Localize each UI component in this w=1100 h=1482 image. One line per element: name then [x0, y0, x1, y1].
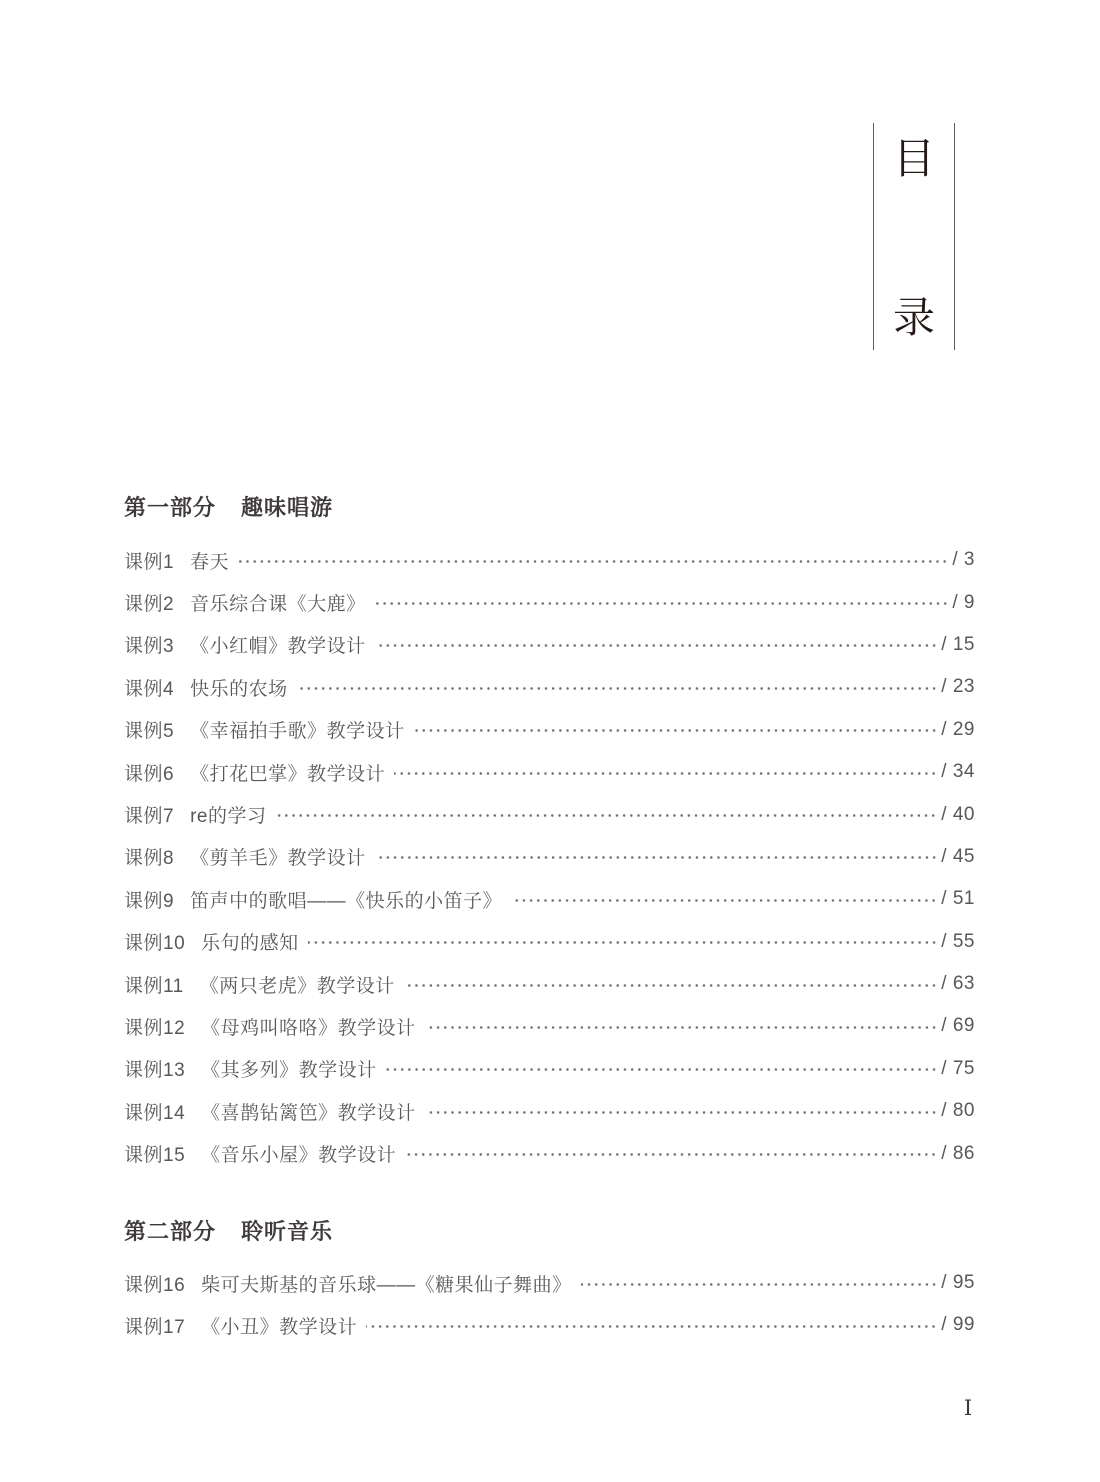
- entry-label: 课例16: [124, 1270, 185, 1297]
- section-part-title: 趣味唱游: [241, 495, 333, 520]
- entry-label: 课例14: [124, 1098, 185, 1125]
- entry-label: 课例7: [124, 801, 174, 828]
- dotted-leader: [511, 899, 937, 902]
- entry-page: / 34: [941, 761, 975, 783]
- toc-list-part2: 课例16 柴可夫斯基的音乐球——《糖果仙子舞曲》 / 95 课例17 《小丑》教…: [124, 1262, 975, 1347]
- dotted-leader: [375, 644, 938, 647]
- entry-page: / 55: [941, 931, 975, 953]
- toc-entry-12: 课例12 《母鸡叫咯咯》教学设计 / 69: [124, 1005, 975, 1047]
- entry-page: / 51: [941, 888, 975, 910]
- entry-label: 课例1: [124, 547, 174, 574]
- toc-title-char-mu: 目: [893, 138, 935, 180]
- dotted-leader: [275, 814, 937, 817]
- dotted-leader: [238, 560, 948, 563]
- entry-page: / 80: [941, 1100, 975, 1122]
- section-part-label: 第一部分: [124, 495, 216, 520]
- entry-title: 乐句的感知: [201, 928, 299, 955]
- entry-label: 课例8: [124, 843, 174, 870]
- entry-title: 《两只老虎》教学设计: [200, 971, 395, 998]
- entry-title: 笛声中的歌唱——《快乐的小笛子》: [190, 886, 502, 913]
- dotted-leader: [297, 687, 938, 690]
- toc-entry-13: 课例13 《其多列》教学设计 / 75: [124, 1048, 975, 1090]
- toc-title-char-lu: 录: [893, 297, 935, 339]
- entry-page: / 40: [941, 804, 975, 826]
- entry-title: 《小红帽》教学设计: [190, 631, 366, 658]
- entry-page: / 15: [941, 634, 975, 656]
- entry-title: 《母鸡叫咯咯》教学设计: [201, 1013, 416, 1040]
- dotted-leader: [308, 941, 938, 944]
- entry-title: 《喜鹊钻篱笆》教学设计: [201, 1098, 416, 1125]
- entry-label: 课例10: [124, 928, 185, 955]
- toc-entry-14: 课例14 《喜鹊钻篱笆》教学设计 / 80: [124, 1090, 975, 1132]
- dotted-leader: [425, 1026, 938, 1029]
- toc-entry-9: 课例9 笛声中的歌唱——《快乐的小笛子》 / 51: [124, 878, 975, 920]
- section-part-label: 第二部分: [124, 1219, 216, 1244]
- entry-label: 课例11: [124, 971, 184, 998]
- entry-label: 课例2: [124, 589, 174, 616]
- toc-entry-4: 课例4 快乐的农场 / 23: [124, 666, 975, 708]
- entry-title: 春天: [190, 547, 229, 574]
- dotted-leader: [375, 602, 949, 605]
- entry-title: 《小丑》教学设计: [201, 1312, 357, 1339]
- entry-page: / 29: [941, 719, 975, 741]
- dotted-leader: [386, 1068, 938, 1071]
- toc-entry-16: 课例16 柴可夫斯基的音乐球——《糖果仙子舞曲》 / 95: [124, 1262, 975, 1304]
- entry-label: 课例12: [124, 1013, 185, 1040]
- toc-list-part1: 课例1 春天 / 3 课例2 音乐综合课《大鹿》 / 9 课例3 《小红帽》教学…: [124, 539, 975, 1175]
- section-part-title: 聆听音乐: [241, 1219, 333, 1244]
- toc-entry-6: 课例6 《打花巴掌》教学设计 / 34: [124, 751, 975, 793]
- entry-label: 课例3: [124, 631, 174, 658]
- entry-title: 《其多列》教学设计: [201, 1055, 377, 1082]
- entry-page: / 63: [941, 973, 975, 995]
- dotted-leader: [405, 1153, 937, 1156]
- toc-entry-5: 课例5 《幸福拍手歌》教学设计 / 29: [124, 709, 975, 751]
- section-heading-part1: 第一部分趣味唱游: [124, 495, 975, 521]
- entry-title: re的学习: [190, 801, 266, 828]
- entry-page: / 69: [941, 1015, 975, 1037]
- entry-title: 《打花巴掌》教学设计: [190, 759, 385, 786]
- entry-page: / 3: [952, 549, 975, 571]
- dotted-leader: [366, 1325, 937, 1328]
- entry-page: / 95: [941, 1272, 975, 1294]
- section-heading-part2: 第二部分聆听音乐: [124, 1219, 975, 1245]
- dotted-leader: [414, 729, 938, 732]
- entry-label: 课例15: [124, 1140, 185, 1167]
- entry-title: 音乐综合课《大鹿》: [190, 589, 366, 616]
- entry-page: / 86: [941, 1143, 975, 1165]
- toc-entry-2: 课例2 音乐综合课《大鹿》 / 9: [124, 581, 975, 623]
- toc-content: 第一部分趣味唱游 课例1 春天 / 3 课例2 音乐综合课《大鹿》 / 9 课例…: [124, 495, 975, 1347]
- entry-title: 《剪羊毛》教学设计: [190, 843, 366, 870]
- dotted-leader: [375, 856, 938, 859]
- entry-label: 课例6: [124, 759, 174, 786]
- toc-entry-17: 课例17 《小丑》教学设计 / 99: [124, 1304, 975, 1346]
- entry-page: / 23: [941, 676, 975, 698]
- entry-page: / 99: [941, 1314, 975, 1336]
- dotted-leader: [581, 1283, 938, 1286]
- entry-label: 课例4: [124, 674, 174, 701]
- entry-label: 课例13: [124, 1055, 185, 1082]
- page-number: I: [956, 1396, 980, 1420]
- entry-page: / 9: [952, 592, 975, 614]
- toc-entry-8: 课例8 《剪羊毛》教学设计 / 45: [124, 836, 975, 878]
- dotted-leader: [404, 984, 938, 987]
- entry-title: 《音乐小屋》教学设计: [201, 1140, 396, 1167]
- toc-entry-11: 课例11 《两只老虎》教学设计 / 63: [124, 963, 975, 1005]
- entry-label: 课例17: [124, 1312, 185, 1339]
- toc-entry-7: 课例7 re的学习 / 40: [124, 793, 975, 835]
- toc-entry-3: 课例3 《小红帽》教学设计 / 15: [124, 624, 975, 666]
- entry-label: 课例5: [124, 716, 174, 743]
- toc-entry-15: 课例15 《音乐小屋》教学设计 / 86: [124, 1132, 975, 1174]
- entry-title: 快乐的农场: [190, 674, 288, 701]
- toc-page: 目 录 第一部分趣味唱游 课例1 春天 / 3 课例2 音乐综合课《大鹿》 / …: [0, 0, 1100, 1482]
- dotted-leader: [425, 1111, 938, 1114]
- entry-page: / 75: [941, 1058, 975, 1080]
- entry-title: 《幸福拍手歌》教学设计: [190, 716, 405, 743]
- entry-title: 柴可夫斯基的音乐球——《糖果仙子舞曲》: [201, 1270, 572, 1297]
- entry-label: 课例9: [124, 886, 174, 913]
- dotted-leader: [394, 772, 937, 775]
- toc-entry-10: 课例10 乐句的感知 / 55: [124, 921, 975, 963]
- toc-title-box: 目 录: [873, 123, 955, 350]
- toc-entry-1: 课例1 春天 / 3: [124, 539, 975, 581]
- entry-page: / 45: [941, 846, 975, 868]
